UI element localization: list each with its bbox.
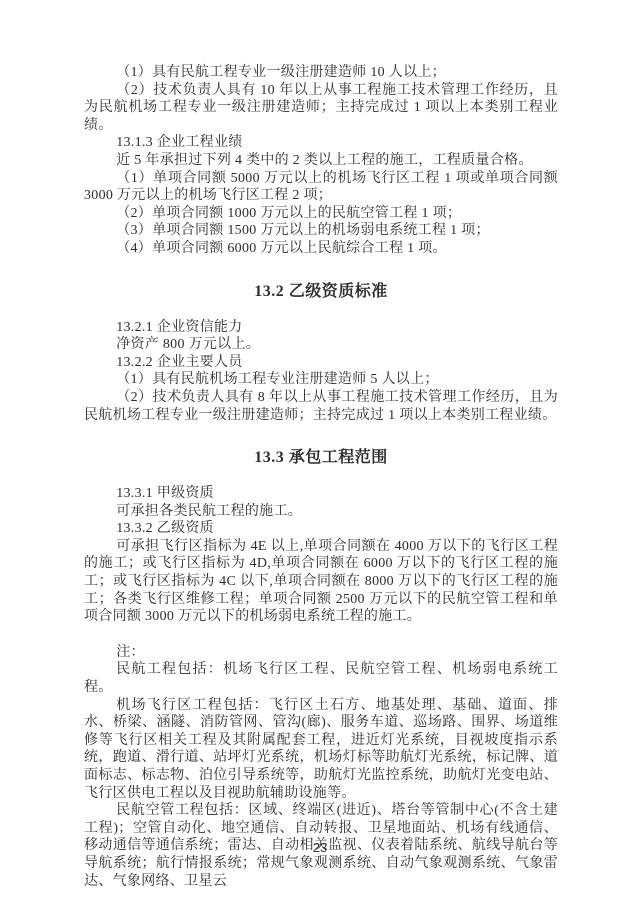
paragraph: （3）单项合同额 1500 万元以上的机场弱电系统工程 1 项；	[84, 222, 558, 240]
page-number: 23	[0, 840, 640, 855]
paragraph: 净资产 800 万元以上。	[84, 336, 558, 354]
paragraph: （4）单项合同额 6000 万元以上民航综合工程 1 项。	[84, 240, 558, 258]
paragraph: 13.2.1 企业资信能力	[84, 319, 558, 337]
paragraph: 注：	[84, 644, 558, 662]
paragraph: 民航工程包括：机场飞行区工程、民航空管工程、机场弱电系统工程。	[84, 661, 558, 696]
paragraph: 13.3.1 甲级资质	[84, 485, 558, 503]
paragraph: （1）具有民航机场工程专业注册建造师 5 人以上；	[84, 371, 558, 389]
paragraph: 可承担各类民航工程的施工。	[84, 503, 558, 521]
document-body: （1）具有民航工程专业一级注册建造师 10 人以上；（2）技术负责人具有 10 …	[84, 64, 558, 890]
paragraph: 13.3.2 乙级资质	[84, 520, 558, 538]
paragraph: 近 5 年承担过下列 4 类中的 2 类以上工程的施工，工程质量合格。	[84, 152, 558, 170]
paragraph: 13.1.3 企业工程业绩	[84, 134, 558, 152]
paragraph: （2）单项合同额 1000 万元以上的民航空管工程 1 项；	[84, 205, 558, 223]
paragraph: （2）技术负责人具有 10 年以上从事工程施工技术管理工作经历，且为民航机场工程…	[84, 82, 558, 135]
paragraph: 可承担飞行区指标为 4E 以上,单项合同额在 4000 万以下的飞行区工程的施工…	[84, 538, 558, 626]
section-heading: 13.3 承包工程范围	[84, 448, 558, 468]
paragraph: （2）技术负责人具有 8 年以上从事工程施工技术管理工作经历，且为民航机场工程专…	[84, 389, 558, 424]
paragraph: 13.2.2 企业主要人员	[84, 354, 558, 372]
paragraph: 机场飞行区工程包括：飞行区土石方、地基处理、基础、道面、排水、桥梁、涵隧、消防管…	[84, 697, 558, 803]
paragraph: （1）单项合同额 5000 万元以上的机场飞行区工程 1 项或单项合同额 300…	[84, 170, 558, 205]
paragraph: （1）具有民航工程专业一级注册建造师 10 人以上；	[84, 64, 558, 82]
document-page: （1）具有民航工程专业一级注册建造师 10 人以上；（2）技术负责人具有 10 …	[0, 0, 640, 905]
blank-line	[84, 626, 558, 644]
section-heading: 13.2 乙级资质标准	[84, 282, 558, 302]
